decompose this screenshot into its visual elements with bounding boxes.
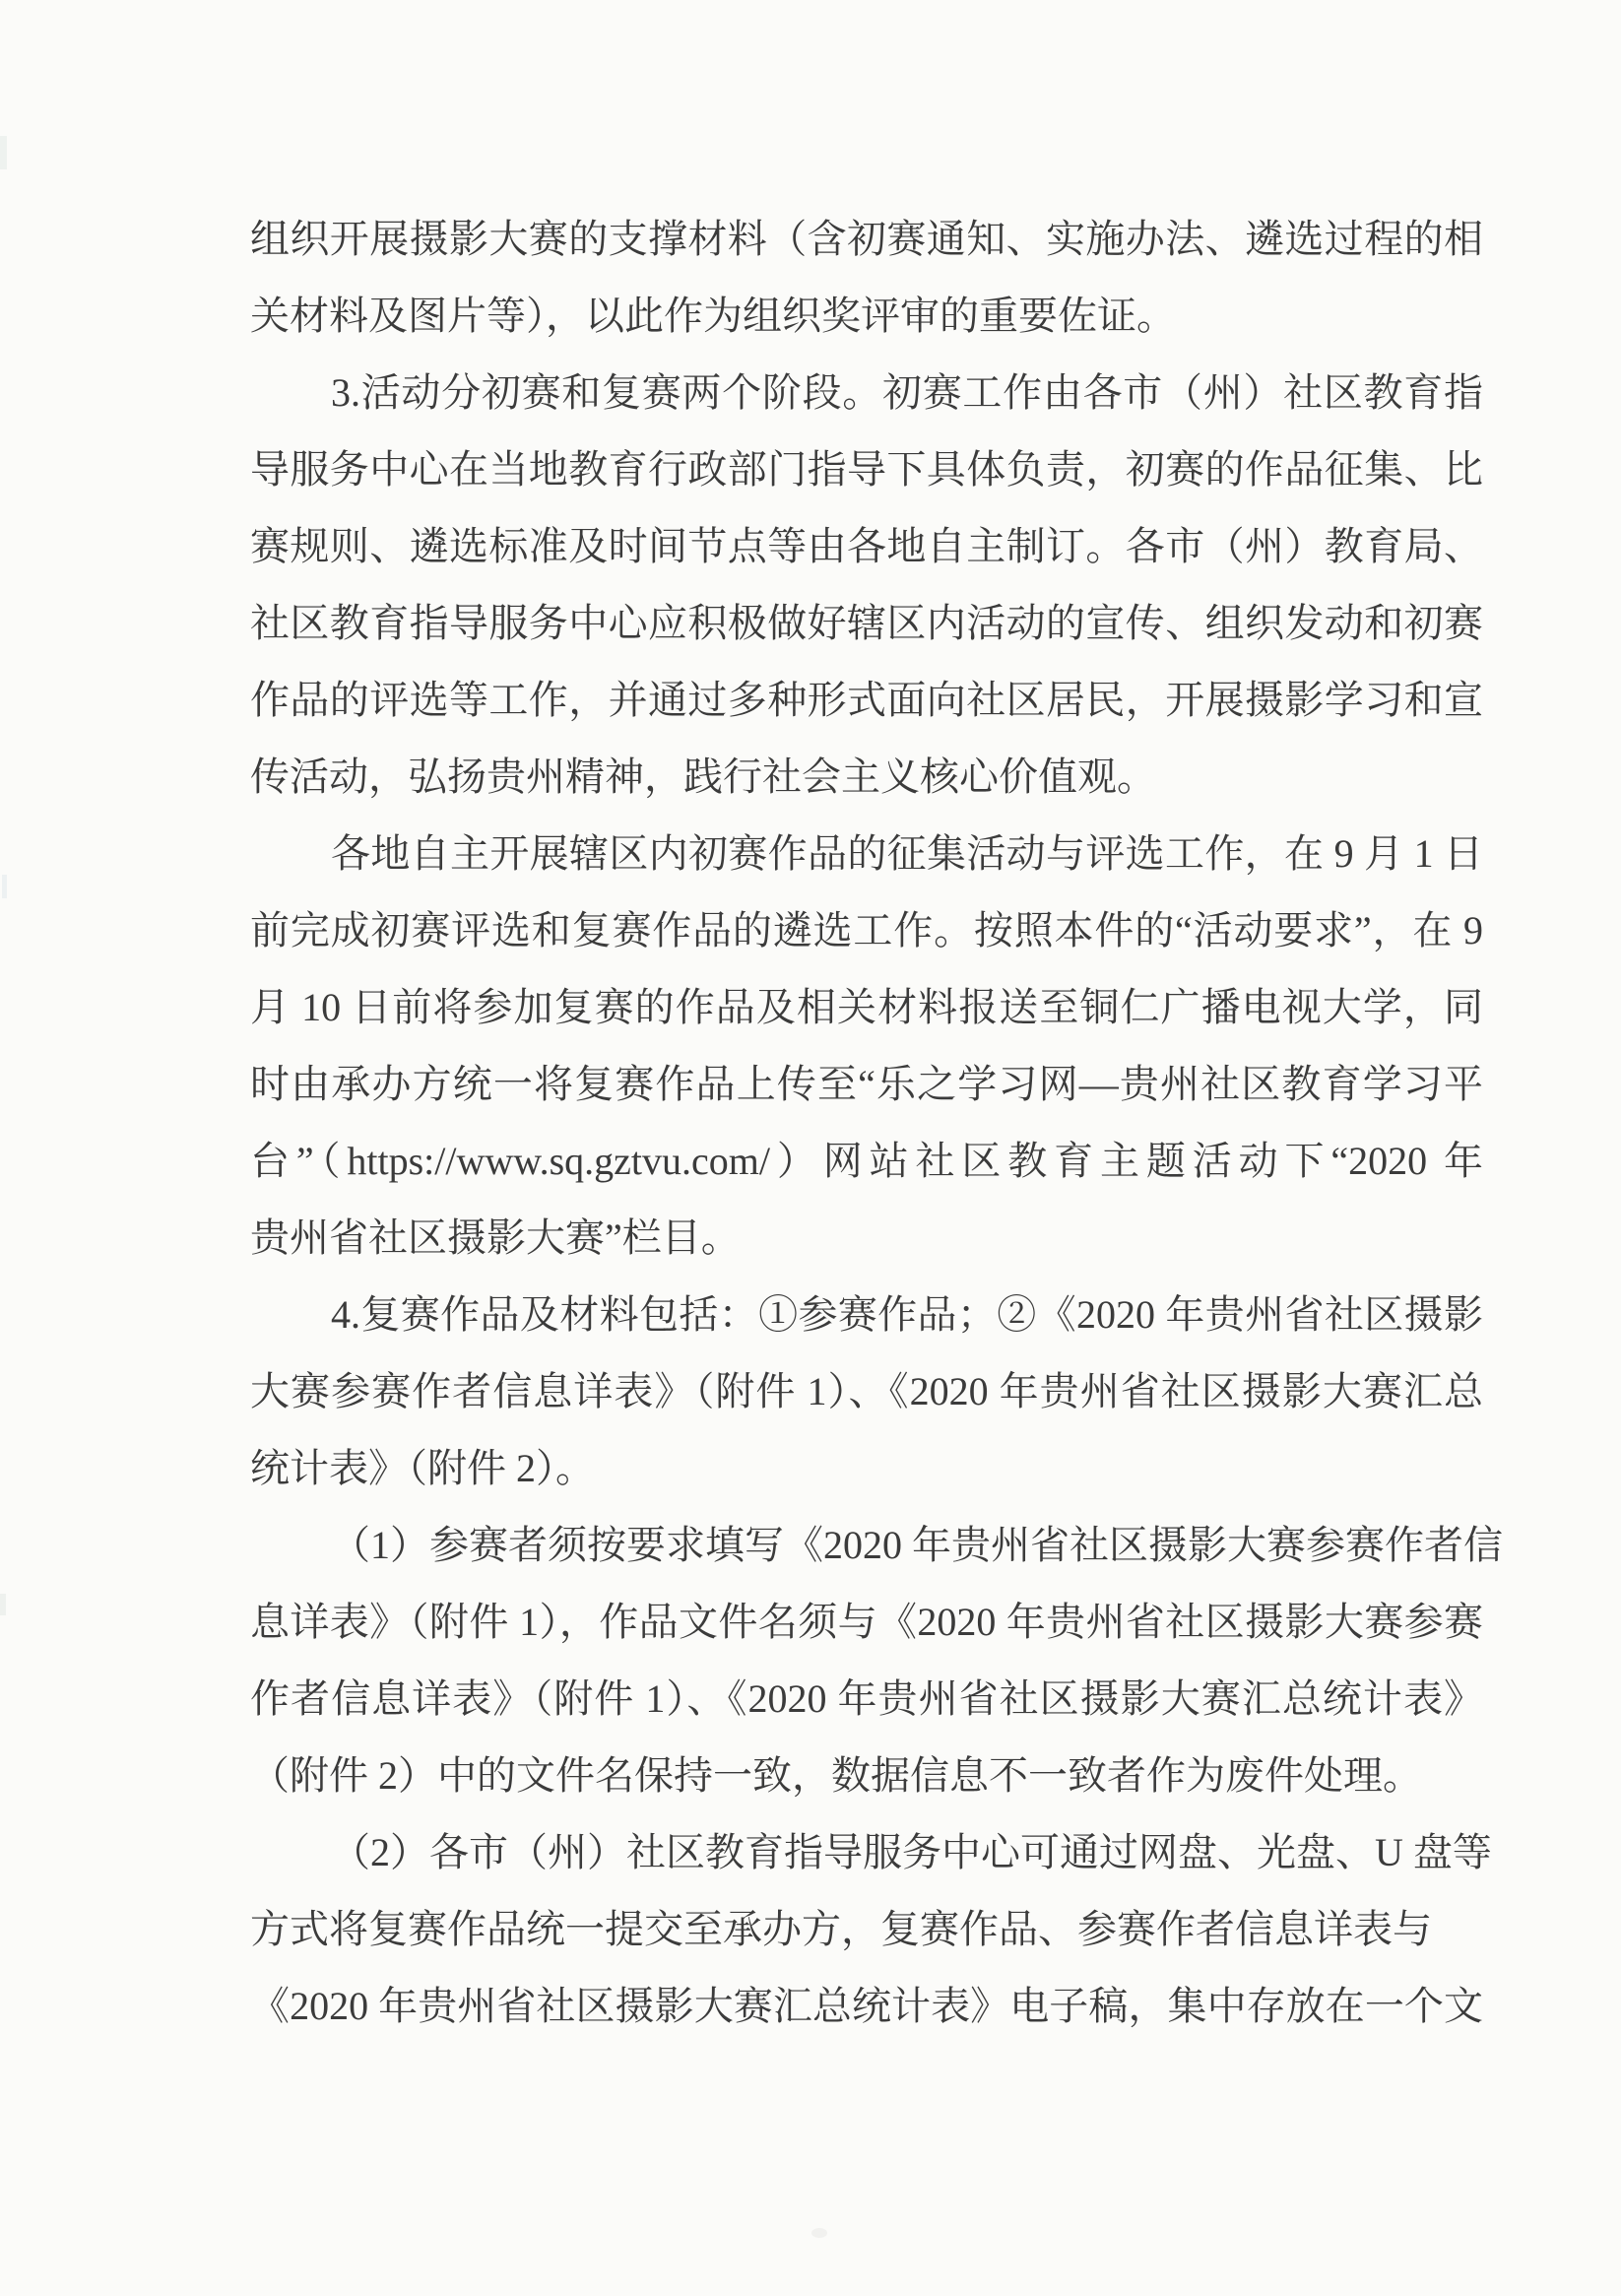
document-body-text: 组织开展摄影大赛的支撑材料（含初赛通知、实施办法、遴选过程的相关材料及图片等），… [250,201,1483,2045]
text-line-15: 4.复赛作品及材料包括：①参赛作品；②《2020 年贵州省社区摄影 [250,1277,1483,1353]
text-line-2: 关材料及图片等），以此作为组织奖评审的重要佐证。 [250,278,1483,355]
text-line-3: 3.活动分初赛和复赛两个阶段。初赛工作由各市（州）社区教育指 [250,355,1483,431]
text-line-13: 台”（https://www.sq.gztvu.com/）网站社区教育主题活动下… [250,1123,1483,1200]
scanned-document-page: 组织开展摄影大赛的支撑材料（含初赛通知、实施办法、遴选过程的相关材料及图片等），… [0,0,1621,2296]
text-line-20: 作者信息详表》（附件 1）、《2020 年贵州省社区摄影大赛汇总统计表》 [250,1661,1483,1738]
scan-artifact [2,875,7,898]
text-line-11: 月 10 日前将参加复赛的作品及相关材料报送至铜仁广播电视大学，同 [250,969,1483,1046]
text-line-22: （2）各市（州）社区教育指导服务中心可通过网盘、光盘、U 盘等 [250,1814,1483,1891]
text-line-17: 统计表》（附件 2）。 [250,1430,1483,1507]
scan-artifact [811,2228,827,2238]
text-line-1: 组织开展摄影大赛的支撑材料（含初赛通知、实施办法、遴选过程的相 [250,201,1483,278]
text-line-7: 作品的评选等工作，并通过多种形式面向社区居民，开展摄影学习和宣 [250,662,1483,739]
text-line-19: 息详表》（附件 1），作品文件名须与《2020 年贵州省社区摄影大赛参赛 [250,1584,1483,1661]
text-line-14: 贵州省社区摄影大赛”栏目。 [250,1200,1483,1277]
text-line-8: 传活动，弘扬贵州精神，践行社会主义核心价值观。 [250,739,1483,816]
text-line-16: 大赛参赛作者信息详表》（附件 1）、《2020 年贵州省社区摄影大赛汇总 [250,1353,1483,1430]
text-line-21: （附件 2）中的文件名保持一致，数据信息不一致者作为废件处理。 [250,1738,1483,1814]
text-line-24: 《2020 年贵州省社区摄影大赛汇总统计表》电子稿，集中存放在一个文 [250,1968,1483,2045]
scan-artifact [0,136,7,169]
text-line-12: 时由承办方统一将复赛作品上传至“乐之学习网—贵州社区教育学习平 [250,1046,1483,1123]
text-line-5: 赛规则、遴选标准及时间节点等由各地自主制订。各市（州）教育局、 [250,508,1483,585]
text-line-18: （1）参赛者须按要求填写《2020 年贵州省社区摄影大赛参赛作者信 [250,1507,1483,1584]
text-line-4: 导服务中心在当地教育行政部门指导下具体负责，初赛的作品征集、比 [250,431,1483,508]
text-line-9: 各地自主开展辖区内初赛作品的征集活动与评选工作，在 9 月 1 日 [250,816,1483,892]
text-line-10: 前完成初赛评选和复赛作品的遴选工作。按照本件的“活动要求”，在 9 [250,892,1483,969]
text-line-6: 社区教育指导服务中心应积极做好辖区内活动的宣传、组织发动和初赛 [250,585,1483,662]
text-line-23: 方式将复赛作品统一提交至承办方，复赛作品、参赛作者信息详表与 [250,1891,1483,1968]
scan-artifact [0,1594,6,1615]
